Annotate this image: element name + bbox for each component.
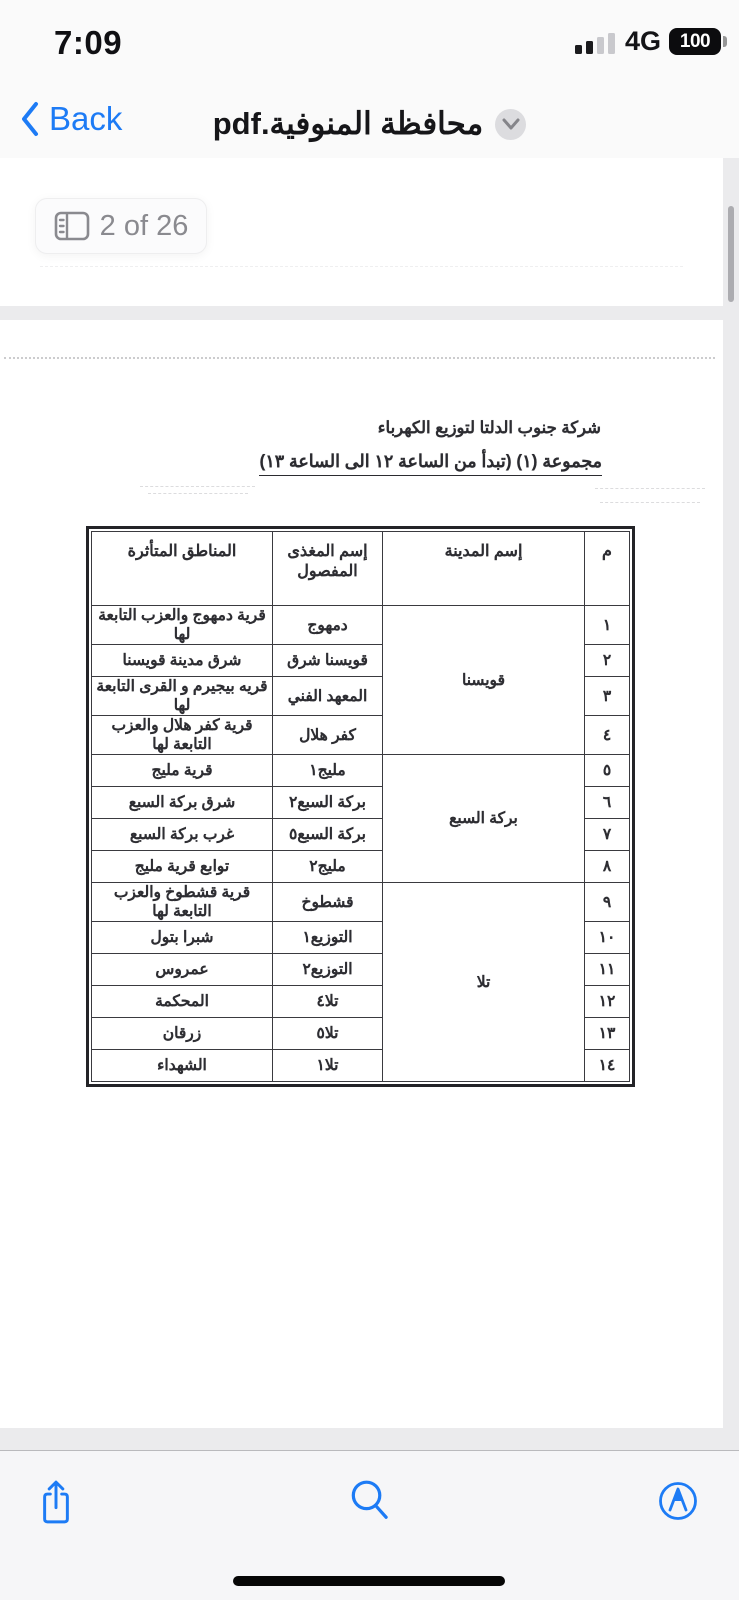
cell-num: ٧ [585,819,630,851]
cell-feeder: مليج٢ [273,851,383,883]
scan-artifact [40,266,683,267]
scan-artifact [595,488,705,489]
cell-areas: شبرا بتول [92,922,273,954]
company-name-line: شركة جنوب الدلتا لتوزيع الكهرباء [378,418,601,438]
cell-num: ١٠ [585,922,630,954]
cell-num: ٩ [585,883,630,922]
bottom-toolbar [0,1450,739,1600]
cell-feeder: تلا١ [273,1050,383,1082]
cell-num: ١٤ [585,1050,630,1082]
header-num: م [585,532,630,606]
cell-feeder: المعهد الفني [273,677,383,716]
cell-feeder: كفر هلال [273,716,383,755]
cell-feeder: مليج١ [273,755,383,787]
pdf-scroll-area[interactable]: شركة جنوب الدلتا لتوزيع الكهرباء مجموعة … [0,158,739,1450]
table-row: ٩ تلا قشطوخ قرية قشطوخ والعزب التابعة له… [92,883,630,922]
cell-areas: شرق مدينة قويسنا [92,645,273,677]
header-feeder: إسم المغذى المفصول [273,532,383,606]
cell-city: قويسنا [383,606,585,755]
cell-num: ٥ [585,755,630,787]
group-schedule-line: مجموعة (١) (تبدأ من الساعة ١٢ الى الساعة… [259,451,602,476]
cell-city: تلا [383,883,585,1082]
cell-feeder: بركة السبع٥ [273,819,383,851]
cell-areas: قرية كفر هلال والعزب التابعة لها [92,716,273,755]
sidebar-pages-icon [54,211,90,241]
cell-areas: قرية دمهوج والعزب التابعة لها [92,606,273,645]
cell-num: ٣ [585,677,630,716]
share-icon [36,1477,76,1527]
cell-feeder: قويسنا شرق [273,645,383,677]
cell-num: ٦ [585,787,630,819]
pdf-viewer-app: 7:09 4G 100 Back محافظة المنوفية.pdf [0,0,739,1600]
cell-num: ٨ [585,851,630,883]
cell-feeder: تلا٤ [273,986,383,1018]
back-button[interactable]: Back [20,100,122,138]
cell-areas: قرية مليج [92,755,273,787]
network-type-label: 4G [625,26,661,57]
nav-bar: Back محافظة المنوفية.pdf [0,90,739,159]
battery-full-icon: 100 [669,28,721,55]
cell-areas: قريه بيجيرم و القرى التابعة لها [92,677,273,716]
scan-artifact [4,357,715,359]
pdf-page-current: شركة جنوب الدلتا لتوزيع الكهرباء مجموعة … [0,320,723,1428]
status-bar: 7:09 4G 100 [0,0,739,90]
cell-areas: الشهداء [92,1050,273,1082]
cell-num: ١ [585,606,630,645]
cell-num: ٢ [585,645,630,677]
page-indicator-label: 2 of 26 [100,210,189,243]
cell-areas: شرق بركة السبع [92,787,273,819]
markup-pencil-icon [657,1480,699,1522]
cell-num: ١١ [585,954,630,986]
scrollbar[interactable] [728,206,734,302]
cell-feeder: التوزيع٢ [273,954,383,986]
chevron-left-icon [20,101,40,137]
document-title: محافظة المنوفية.pdf [213,106,484,142]
table-row: ١ قويسنا دمهوج قرية دمهوج والعزب التابعة… [92,606,630,645]
cell-areas: توابع قرية مليج [92,851,273,883]
cell-areas: غرب بركة السبع [92,819,273,851]
page-indicator[interactable]: 2 of 26 [35,198,207,254]
header-city: إسم المدينة [383,532,585,606]
header-areas: المناطق المتأثرة [92,532,273,606]
share-button[interactable] [36,1477,76,1527]
back-button-label: Back [49,100,122,138]
title-menu-button[interactable] [495,109,526,140]
cell-num: ١٣ [585,1018,630,1050]
status-right-cluster: 4G 100 [575,26,721,57]
page-gap [0,306,739,320]
cell-feeder: بركة السبع٢ [273,787,383,819]
search-icon [347,1477,393,1523]
cell-feeder: تلا٥ [273,1018,383,1050]
markup-button[interactable] [657,1480,699,1522]
table-header-row: م إسم المدينة إسم المغذى المفصول المناطق… [92,532,630,606]
cell-feeder: التوزيع١ [273,922,383,954]
cell-feeder: دمهوج [273,606,383,645]
chevron-down-icon [501,117,521,131]
battery-nub [723,36,727,47]
cell-areas: عمروس [92,954,273,986]
cell-city: بركة السبع [383,755,585,883]
cell-feeder: قشطوخ [273,883,383,922]
cell-areas: قرية قشطوخ والعزب التابعة لها [92,883,273,922]
table-row: ٥ بركة السبع مليج١ قرية مليج [92,755,630,787]
home-indicator[interactable] [233,1576,505,1586]
cell-areas: زرقان [92,1018,273,1050]
scan-artifact [140,486,255,487]
outage-table: م إسم المدينة إسم المغذى المفصول المناطق… [86,526,635,1087]
cell-num: ١٢ [585,986,630,1018]
cell-areas: المحكمة [92,986,273,1018]
cellular-signal-icon [575,29,617,55]
status-time: 7:09 [54,24,122,62]
scan-artifact [600,502,700,503]
cell-num: ٤ [585,716,630,755]
battery-percent: 100 [680,31,710,53]
scan-artifact [148,493,248,494]
search-button[interactable] [347,1477,393,1523]
